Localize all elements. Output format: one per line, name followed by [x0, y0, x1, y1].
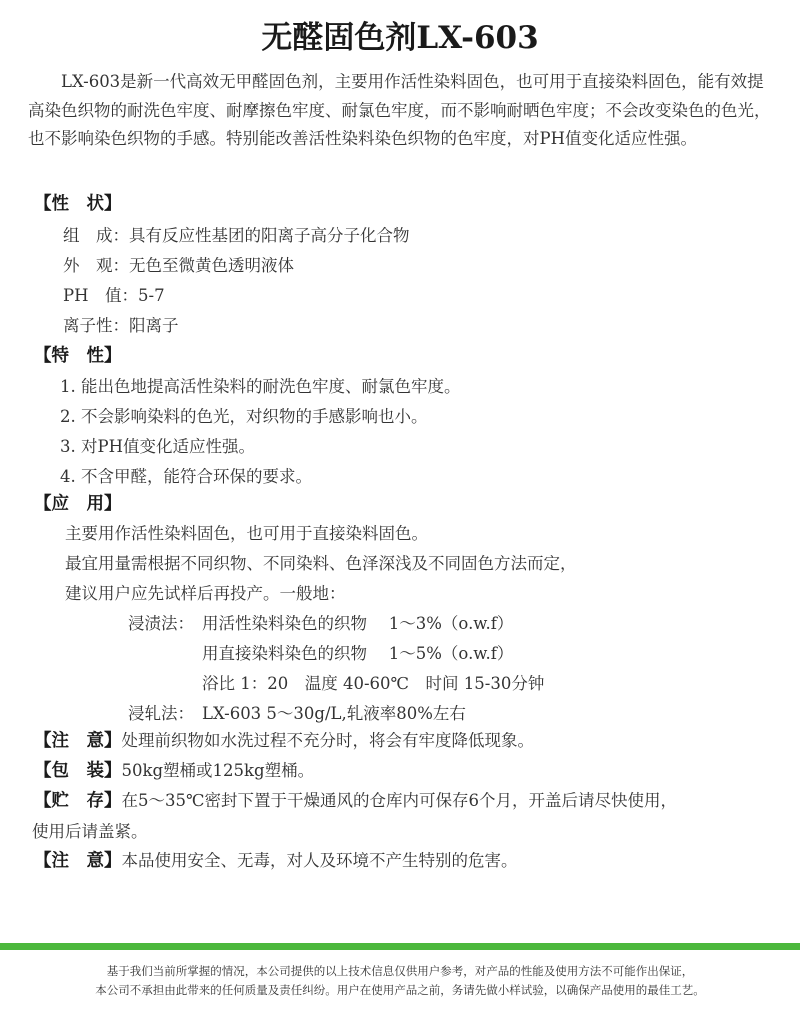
note-heading: 【注 意】 [34, 731, 122, 751]
note-caution: 【注 意】处理前织物如水洗过程不充分时，将会有牢度降低现象。 [34, 727, 534, 752]
note-heading: 【贮 存】 [34, 791, 122, 811]
dip-method-line: 用直接染料染色的织物 1～5%（o.w.f） [202, 640, 513, 664]
property-value: 具有反应性基团的阳离子高分子化合物 [129, 226, 410, 245]
feature-item: 3. 对PH值变化适应性强。 [60, 433, 255, 457]
note-safety: 【注 意】本品使用安全、无毒，对人及环境不产生特别的危害。 [34, 847, 518, 872]
section-heading-properties: 【性 状】 [34, 190, 122, 215]
property-ph: PH 值：5-7 [63, 282, 165, 306]
note-text: 本品使用安全、无毒，对人及环境不产生特别的危害。 [122, 851, 518, 870]
property-value: 无色至微黄色透明液体 [129, 256, 294, 275]
feature-item: 4. 不含甲醛，能符合环保的要求。 [60, 463, 312, 487]
note-heading: 【包 装】 [34, 761, 122, 781]
application-line: 主要用作活性染料固色，也可用于直接染料固色。 [65, 520, 428, 544]
application-line: 建议用户应先试样后再投产。一般地： [65, 580, 346, 604]
note-storage-continued: 使用后请盖紧。 [32, 818, 148, 842]
property-value: 阳离子 [129, 316, 179, 335]
property-appearance: 外 观：无色至微黄色透明液体 [63, 252, 294, 276]
dip-method-line: 用活性染料染色的织物 1～3%（o.w.f） [202, 610, 513, 634]
property-ionic: 离子性：阳离子 [63, 312, 179, 336]
pad-method-line: LX-603 5～30g/L,轧液率80%左右 [202, 700, 466, 724]
application-line: 最宜用量需根据不同织物、不同染料、色泽深浅及不同固色方法而定， [65, 550, 577, 574]
note-text: 50kg塑桶或125kg塑桶。 [122, 761, 315, 780]
property-label: 离子性： [63, 316, 129, 335]
dip-method-label: 浸渍法： [128, 610, 194, 634]
section-heading-application: 【应 用】 [34, 490, 122, 515]
property-label: 外 观： [63, 256, 129, 275]
intro-paragraph: LX-603是新一代高效无甲醛固色剂，主要用作活性染料固色，也可用于直接染料固色… [28, 68, 773, 154]
disclaimer-line-2: 本公司不承担由此带来的任何质量及责任纠纷。用户在使用产品之前，务请先做小样试验，… [0, 982, 800, 998]
property-label: 组 成： [63, 226, 129, 245]
section-heading-features: 【特 性】 [34, 342, 122, 367]
note-text: 在5～35℃密封下置于干燥通风的仓库内可保存6个月，开盖后请尽快使用， [122, 791, 677, 810]
feature-item: 1. 能出色地提高活性染料的耐洗色牢度、耐氯色牢度。 [60, 373, 461, 397]
property-label: PH 值： [63, 286, 138, 305]
document-title: 无醛固色剂LX-603 [0, 12, 800, 57]
dip-method-line: 浴比 1：20 温度 40-60℃ 时间 15-30分钟 [202, 670, 544, 694]
note-heading: 【注 意】 [34, 851, 122, 871]
note-text: 处理前织物如水洗过程不充分时，将会有牢度降低现象。 [122, 731, 535, 750]
green-divider-bar [0, 943, 800, 950]
property-value: 5-7 [138, 286, 165, 305]
note-storage: 【贮 存】在5～35℃密封下置于干燥通风的仓库内可保存6个月，开盖后请尽快使用， [34, 787, 677, 812]
property-composition: 组 成：具有反应性基团的阳离子高分子化合物 [63, 222, 410, 246]
note-packaging: 【包 装】50kg塑桶或125kg塑桶。 [34, 757, 314, 782]
disclaimer-line-1: 基于我们当前所掌握的情况，本公司提供的以上技术信息仅供用户参考，对产品的性能及使… [0, 963, 800, 979]
feature-item: 2. 不会影响染料的色光，对织物的手感影响也小。 [60, 403, 428, 427]
pad-method-label: 浸轧法： [128, 700, 194, 724]
